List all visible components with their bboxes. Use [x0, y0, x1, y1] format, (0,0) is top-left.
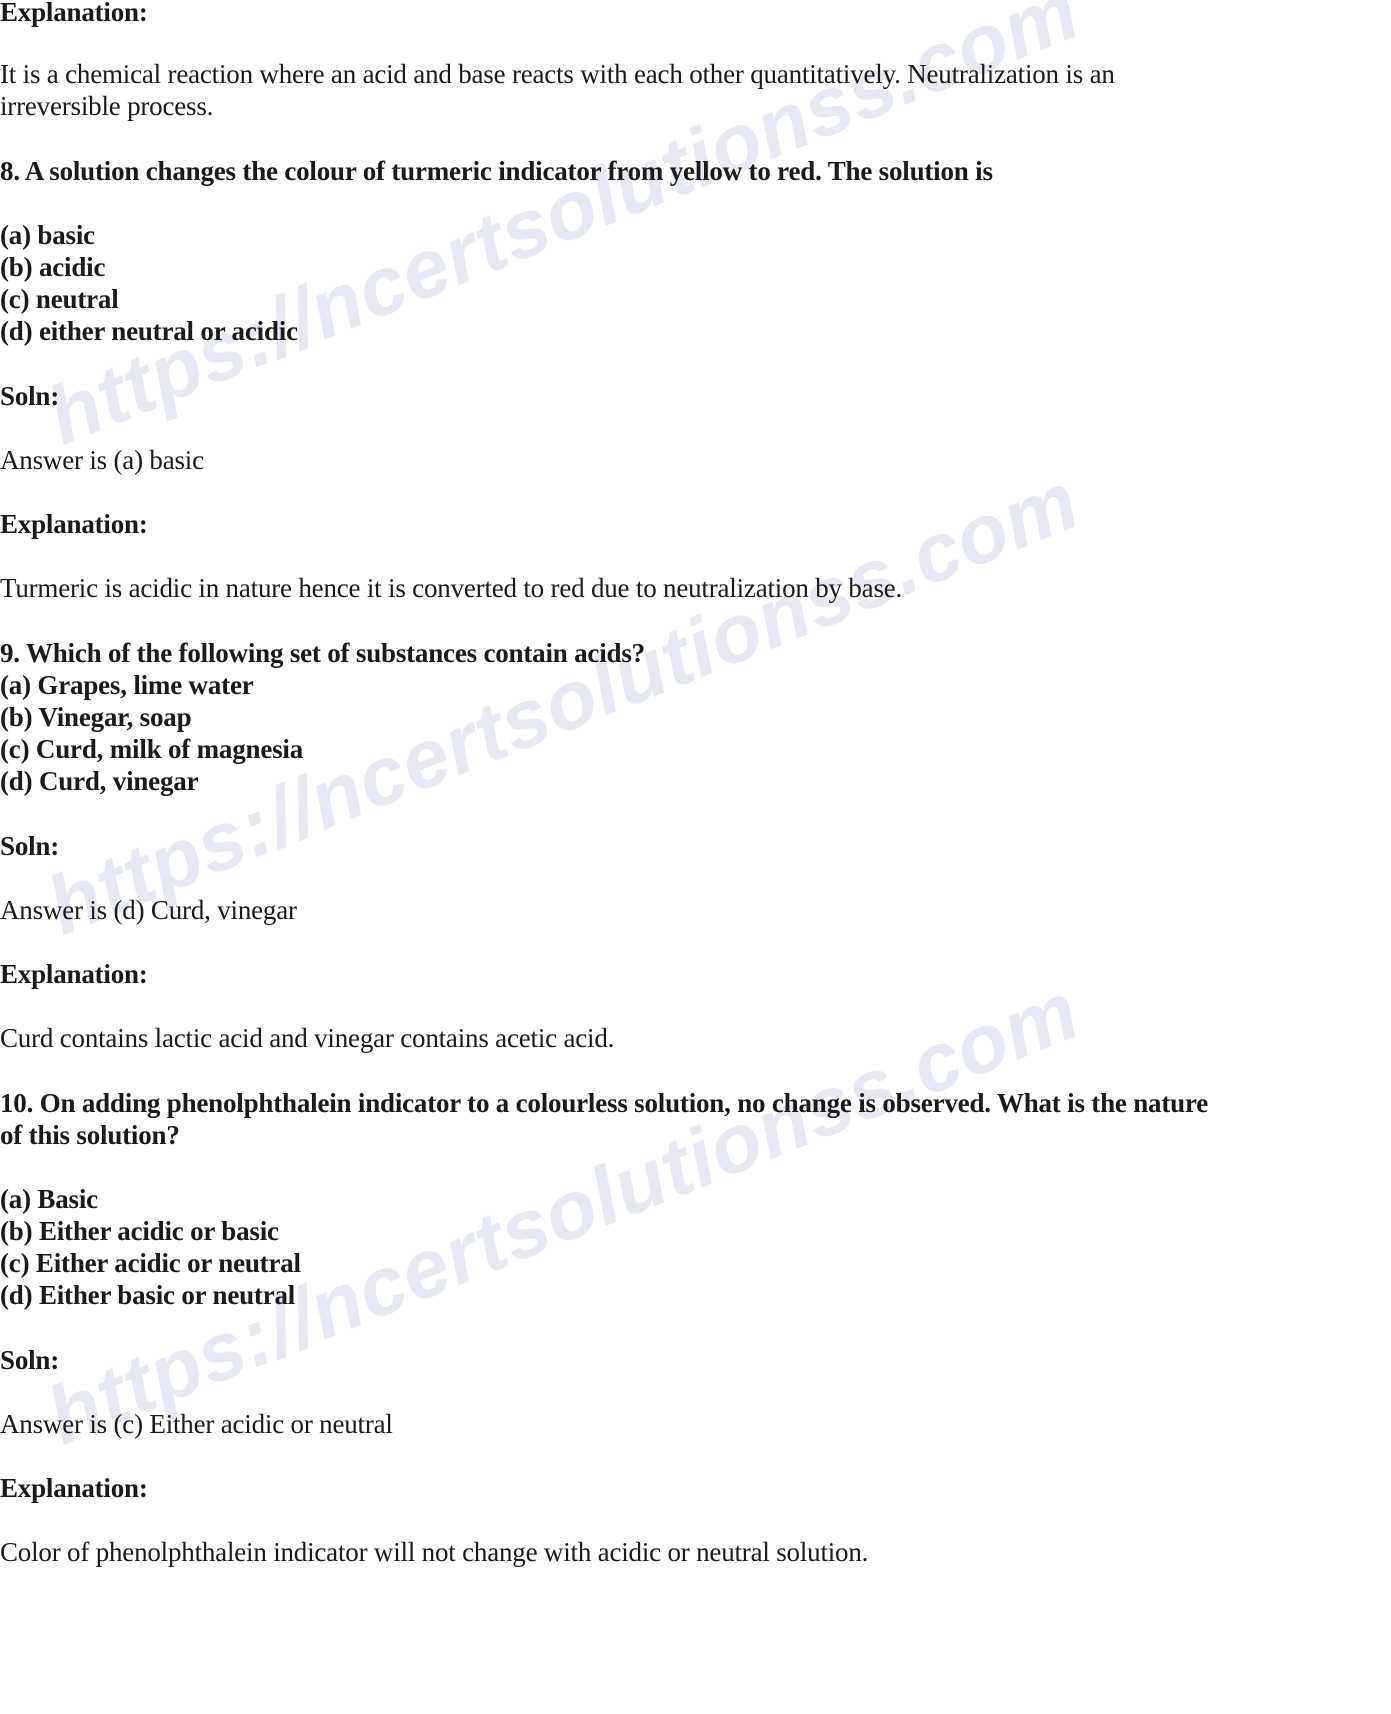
explanation-heading: Explanation:: [0, 0, 148, 29]
option-item: (b) Vinegar, soap: [0, 700, 191, 734]
answer-text: Answer is (d) Curd, vinegar: [0, 893, 297, 927]
solution-heading: Soln:: [0, 1343, 59, 1377]
option-item: (d) Curd, vinegar: [0, 764, 198, 798]
body-text: Curd contains lactic acid and vinegar co…: [0, 1021, 614, 1055]
question-text: 8. A solution changes the colour of turm…: [0, 154, 993, 188]
body-text: Turmeric is acidic in nature hence it is…: [0, 571, 902, 605]
option-item: (c) Either acidic or neutral: [0, 1246, 301, 1280]
option-item: (b) acidic: [0, 250, 105, 284]
option-item: (a) Grapes, lime water: [0, 668, 254, 702]
document-page: https://ncertsolutionss.com https://ncer…: [0, 0, 1391, 1714]
answer-text: Answer is (a) basic: [0, 443, 204, 477]
option-item: (c) Curd, milk of magnesia: [0, 732, 303, 766]
option-item: (b) Either acidic or basic: [0, 1214, 279, 1248]
explanation-heading: Explanation:: [0, 957, 148, 991]
body-text: irreversible process.: [0, 89, 213, 123]
option-item: (a) basic: [0, 218, 95, 252]
explanation-heading: Explanation:: [0, 1471, 148, 1505]
question-text: 9. Which of the following set of substan…: [0, 636, 645, 670]
body-text: Color of phenolphthalein indicator will …: [0, 1535, 868, 1569]
question-text: 10. On adding phenolphthalein indicator …: [0, 1086, 1208, 1120]
solution-heading: Soln:: [0, 829, 59, 863]
body-text: It is a chemical reaction where an acid …: [0, 57, 1115, 91]
option-item: (a) Basic: [0, 1182, 98, 1216]
explanation-heading: Explanation:: [0, 507, 148, 541]
solution-heading: Soln:: [0, 379, 59, 413]
body-text: of this solution?: [0, 1118, 180, 1152]
option-item: (d) Either basic or neutral: [0, 1278, 295, 1312]
option-item: (d) either neutral or acidic: [0, 314, 298, 348]
answer-text: Answer is (c) Either acidic or neutral: [0, 1407, 393, 1441]
watermark: https://ncertsolutionss.com: [35, 454, 1092, 954]
option-item: (c) neutral: [0, 282, 119, 316]
